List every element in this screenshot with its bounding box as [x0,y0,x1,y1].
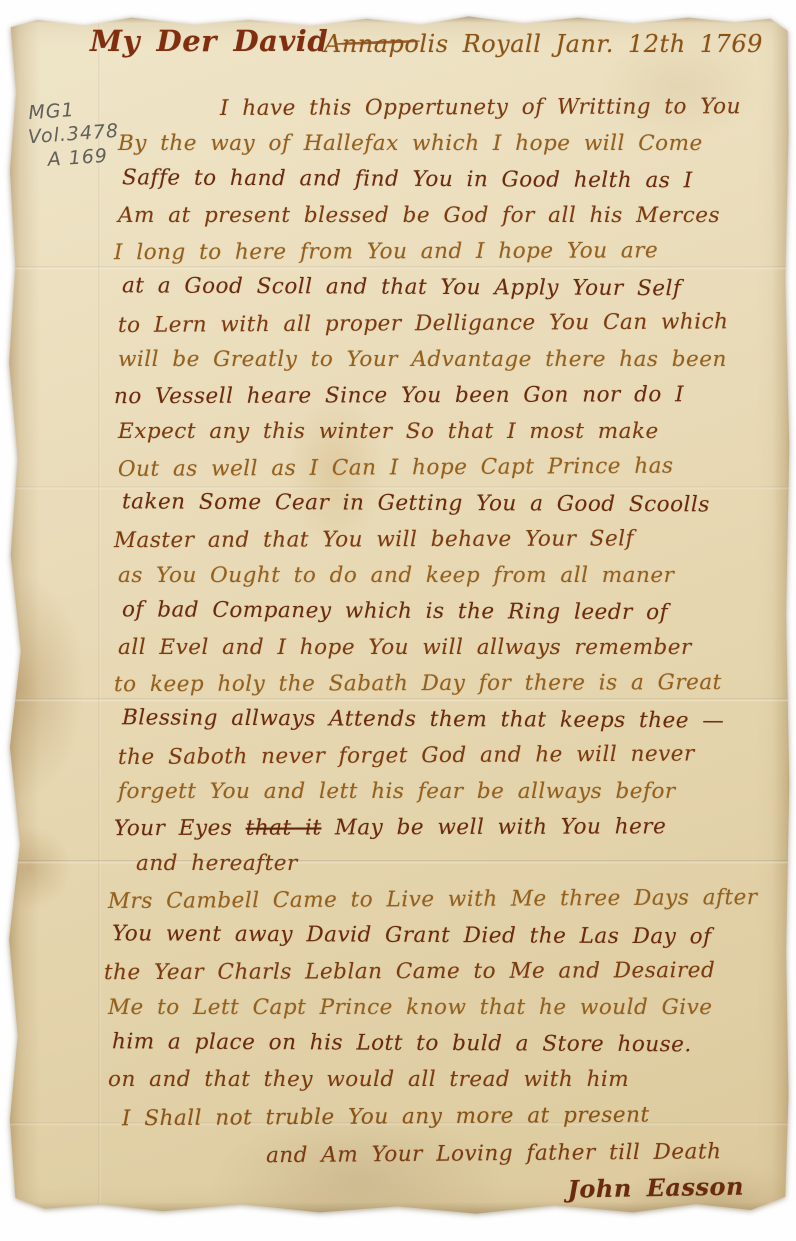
letter-line: will be Greatly to Your Advantage there … [118,342,776,378]
letter-line: Me to Lett Capt Prince know that he woul… [108,990,776,1026]
letter-line: him a place on his Lott to buld a Store … [112,1024,780,1063]
letter-line: Saffe to hand and find You in Good helth… [122,160,780,199]
letter-closing: I Shall not truble You any more at prese… [118,1098,772,1212]
paper-shadow: My Der David Annapolis Royall Janr. 12th… [6,14,790,1216]
fold-crease-vertical [98,14,101,1216]
closing-line: I Shall not truble You any more at prese… [122,1096,772,1138]
letter-paper: My Der David Annapolis Royall Janr. 12th… [6,14,790,1216]
archival-line: A 169 [47,143,122,172]
archival-reference: MG1 Vol.3478 A 169 [28,95,122,173]
letter-line: I long to here from You and I hope You a… [114,233,772,271]
letter-line: to keep holy the Sabath Day for there is… [114,665,772,703]
letter-line: Your Eyes that it May be well with You h… [114,809,772,847]
letter-line: and hereafter [136,846,776,882]
letter-line: taken Some Cear in Getting You a Good Sc… [122,484,780,523]
letter-line: forgett You and lett his fear be allways… [118,774,776,810]
salutation: My Der David [90,24,328,58]
signature: John Easson [118,1167,745,1218]
letter-line: Out as well as I Can I hope Capt Prince … [118,448,776,488]
letter-line: Master and that You will behave Your Sel… [114,521,772,559]
letter-line: to Lern with all proper Delligance You C… [118,304,776,344]
letter-line: Expect any this winter So that I most ma… [118,414,776,450]
letter-line: on and that they would all tread with hi… [108,1062,776,1098]
scan-background: My Der David Annapolis Royall Janr. 12th… [0,0,796,1241]
letter-line: at a Good Scoll and that You Apply Your … [122,268,780,307]
letter-line: By the way of Hallefax which I hope will… [118,126,776,162]
letter-line: Mrs Cambell Came to Live with Me three D… [108,880,776,920]
letter-line: Am at present blessed be God for all his… [118,198,776,234]
letter-line: the Saboth never forget God and he will … [118,736,776,776]
letter-line: of bad Companey which is the Ring leedr … [122,592,780,631]
letter-line: Blessing allways Attends them that keeps… [122,700,780,739]
struck-text: that it [246,815,322,840]
letter-body: I have this Oppertunety of Writting to Y… [118,90,776,1098]
letter-line: I have this Oppertunety of Writting to Y… [220,89,772,127]
letter-line: as You Ought to do and keep from all man… [118,558,776,594]
letter-line: the Year Charls Leblan Came to Me and De… [104,953,772,991]
letter-line: You went away David Grant Died the Las D… [112,916,780,955]
dateline: Annapolis Royall Janr. 12th 1769 [324,30,763,58]
letter-line: no Vessell heare Since You been Gon nor … [114,377,772,415]
letter-line: all Evel and I hope You will allways rem… [118,630,776,666]
